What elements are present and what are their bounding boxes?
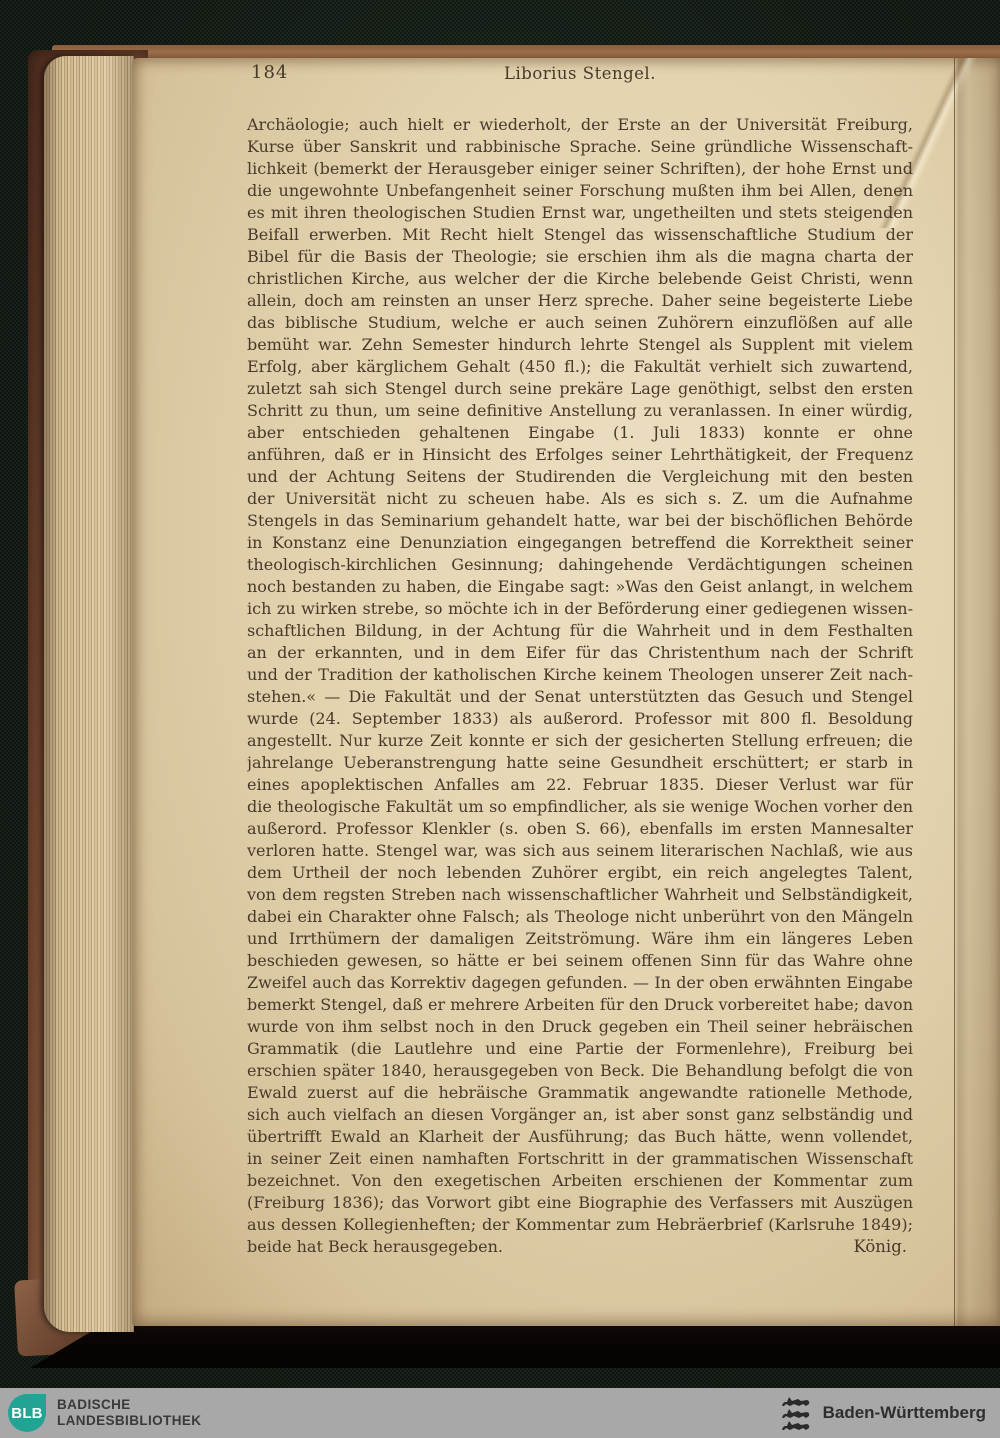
body-line: wurde von ihm selbst noch in den Druck g… [247, 1016, 913, 1038]
closing-line-row: beide hat Beck herausgegeben. König. [247, 1236, 913, 1258]
body-line: in seiner Zeit einen namhaften Fortschri… [247, 1148, 913, 1170]
author-signature: König. [853, 1236, 913, 1258]
scanned-page: 184 Liborius Stengel. Archäologie; auch … [132, 58, 1000, 1326]
body-line: Stengels in das Seminarium gehandelt hat… [247, 510, 913, 532]
body-text: Archäologie; auch hielt er wiederholt, d… [247, 114, 913, 1258]
body-line: bemerkt Stengel, daß er mehrere Arbeiten… [247, 994, 913, 1016]
body-line: noch bestanden zu haben, die Eingabe sag… [247, 576, 913, 598]
body-line: sich auch vielfach an diesen Vorgänger a… [247, 1104, 913, 1126]
body-line: Bibel für die Basis der Theologie; sie e… [247, 246, 913, 268]
body-line: die theologische Fakultät um so empfindl… [247, 796, 913, 818]
body-line: an der erkannten, und in dem Eifer für d… [247, 642, 913, 664]
body-line: und der Achtung Seitens der Studirenden … [247, 466, 913, 488]
body-line: theologisch-kirchlichen Gesinnung; dahin… [247, 554, 913, 576]
baden-wuerttemberg-coat-of-arms-icon [781, 1396, 811, 1431]
body-line: jahrelange Ueberanstrengung hatte seine … [247, 752, 913, 774]
body-line: das biblische Studium, welche er auch se… [247, 312, 913, 334]
body-line: christlichen Kirche, aus welcher der die… [247, 268, 913, 290]
library-name: BADISCHE LANDESBIBLIOTHEK [57, 1397, 201, 1429]
running-title: Liborius Stengel. [247, 64, 913, 83]
body-line: beschieden gewesen, so hätte er bei sein… [247, 950, 913, 972]
body-line: dem Urtheil der noch lebenden Zuhörer er… [247, 862, 913, 884]
body-line: Beifall erwerben. Mit Recht hielt Stenge… [247, 224, 913, 246]
body-line: und Irrthümern der damaligen Zeitströmun… [247, 928, 913, 950]
body-line: bezeichnet. Von den exegetischen Arbeite… [247, 1170, 913, 1192]
body-line: aber entschieden gehaltenen Eingabe (1. … [247, 422, 913, 444]
body-line: Erfolg, aber kärglichem Gehalt (450 fl.)… [247, 356, 913, 378]
body-line: Kurse über Sanskrit und rabbinische Spra… [247, 136, 913, 158]
blb-logo-icon: BLB [8, 1394, 46, 1432]
printed-text-column: 184 Liborius Stengel. Archäologie; auch … [247, 62, 913, 88]
body-line: Zweifel auch das Korrektiv dagegen gefun… [247, 972, 913, 994]
body-lines: Archäologie; auch hielt er wiederholt, d… [247, 114, 913, 1236]
body-line: anführen, daß er in Hinsicht des Erfolge… [247, 444, 913, 466]
body-line: verloren hatte. Stengel war, was sich au… [247, 840, 913, 862]
page-header: 184 Liborius Stengel. [247, 62, 913, 88]
body-line: der Universität nicht zu scheuen habe. A… [247, 488, 913, 510]
footer-right-group: Baden-Württemberg [781, 1396, 1000, 1431]
closing-line: beide hat Beck herausgegeben. [247, 1236, 503, 1258]
body-line: in Konstanz eine Denunziation eingegange… [247, 532, 913, 554]
scan-viewport: 184 Liborius Stengel. Archäologie; auch … [0, 0, 1000, 1438]
body-line: ich zu wirken strebe, so möchte ich in d… [247, 598, 913, 620]
body-line: schaftlichen Bildung, in der Achtung für… [247, 620, 913, 642]
body-line: erschien später 1840, herausgegeben von … [247, 1060, 913, 1082]
library-name-line2: LANDESBIBLIOTHEK [57, 1413, 201, 1429]
state-name: Baden-Württemberg [823, 1403, 986, 1423]
footer-left-group: BLB BADISCHE LANDESBIBLIOTHEK [0, 1394, 201, 1432]
body-line: aus dessen Kollegienheften; der Kommenta… [247, 1214, 913, 1236]
body-line: dabei ein Charakter ohne Falsch; als The… [247, 906, 913, 928]
body-line: die ungewohnte Unbefangenheit seiner For… [247, 180, 913, 202]
body-line: stehen.« — Die Fakultät und der Senat un… [247, 686, 913, 708]
page-gutter-fold [954, 58, 1000, 1326]
body-line: lichkeit (bemerkt der Herausgeber einige… [247, 158, 913, 180]
body-line: es mit ihren theologischen Studien Ernst… [247, 202, 913, 224]
library-name-line1: BADISCHE [57, 1397, 201, 1413]
body-line: angestellt. Nur kurze Zeit konnte er sic… [247, 730, 913, 752]
page-stack-edge [44, 56, 134, 1332]
body-line: von dem regsten Streben nach wissenschaf… [247, 884, 913, 906]
body-line: Archäologie; auch hielt er wiederholt, d… [247, 114, 913, 136]
blb-logo-text: BLB [11, 1405, 42, 1422]
body-line: zuletzt sah sich Stengel durch seine pre… [247, 378, 913, 400]
body-line: bemüht war. Zehn Semester hindurch lehrt… [247, 334, 913, 356]
body-line: übertrifft Ewald an Klarheit der Ausführ… [247, 1126, 913, 1148]
body-line: wurde (24. September 1833) als außerord.… [247, 708, 913, 730]
body-line: außerord. Professor Klenkler (s. oben S.… [247, 818, 913, 840]
body-line: Grammatik (die Lautlehre und eine Partie… [247, 1038, 913, 1060]
body-line: Ewald zuerst auf die hebräische Grammati… [247, 1082, 913, 1104]
body-line: (Freiburg 1836); das Vorwort gibt eine B… [247, 1192, 913, 1214]
library-footer-bar: BLB BADISCHE LANDESBIBLIOTHEK Baden-Würt… [0, 1388, 1000, 1438]
body-line: eines apoplektischen Anfalles am 22. Feb… [247, 774, 913, 796]
body-line: allein, doch am reinsten an unser Herz s… [247, 290, 913, 312]
body-line: und der Tradition der katholischen Kirch… [247, 664, 913, 686]
body-line: Schritt zu thun, um seine definitive Ans… [247, 400, 913, 422]
